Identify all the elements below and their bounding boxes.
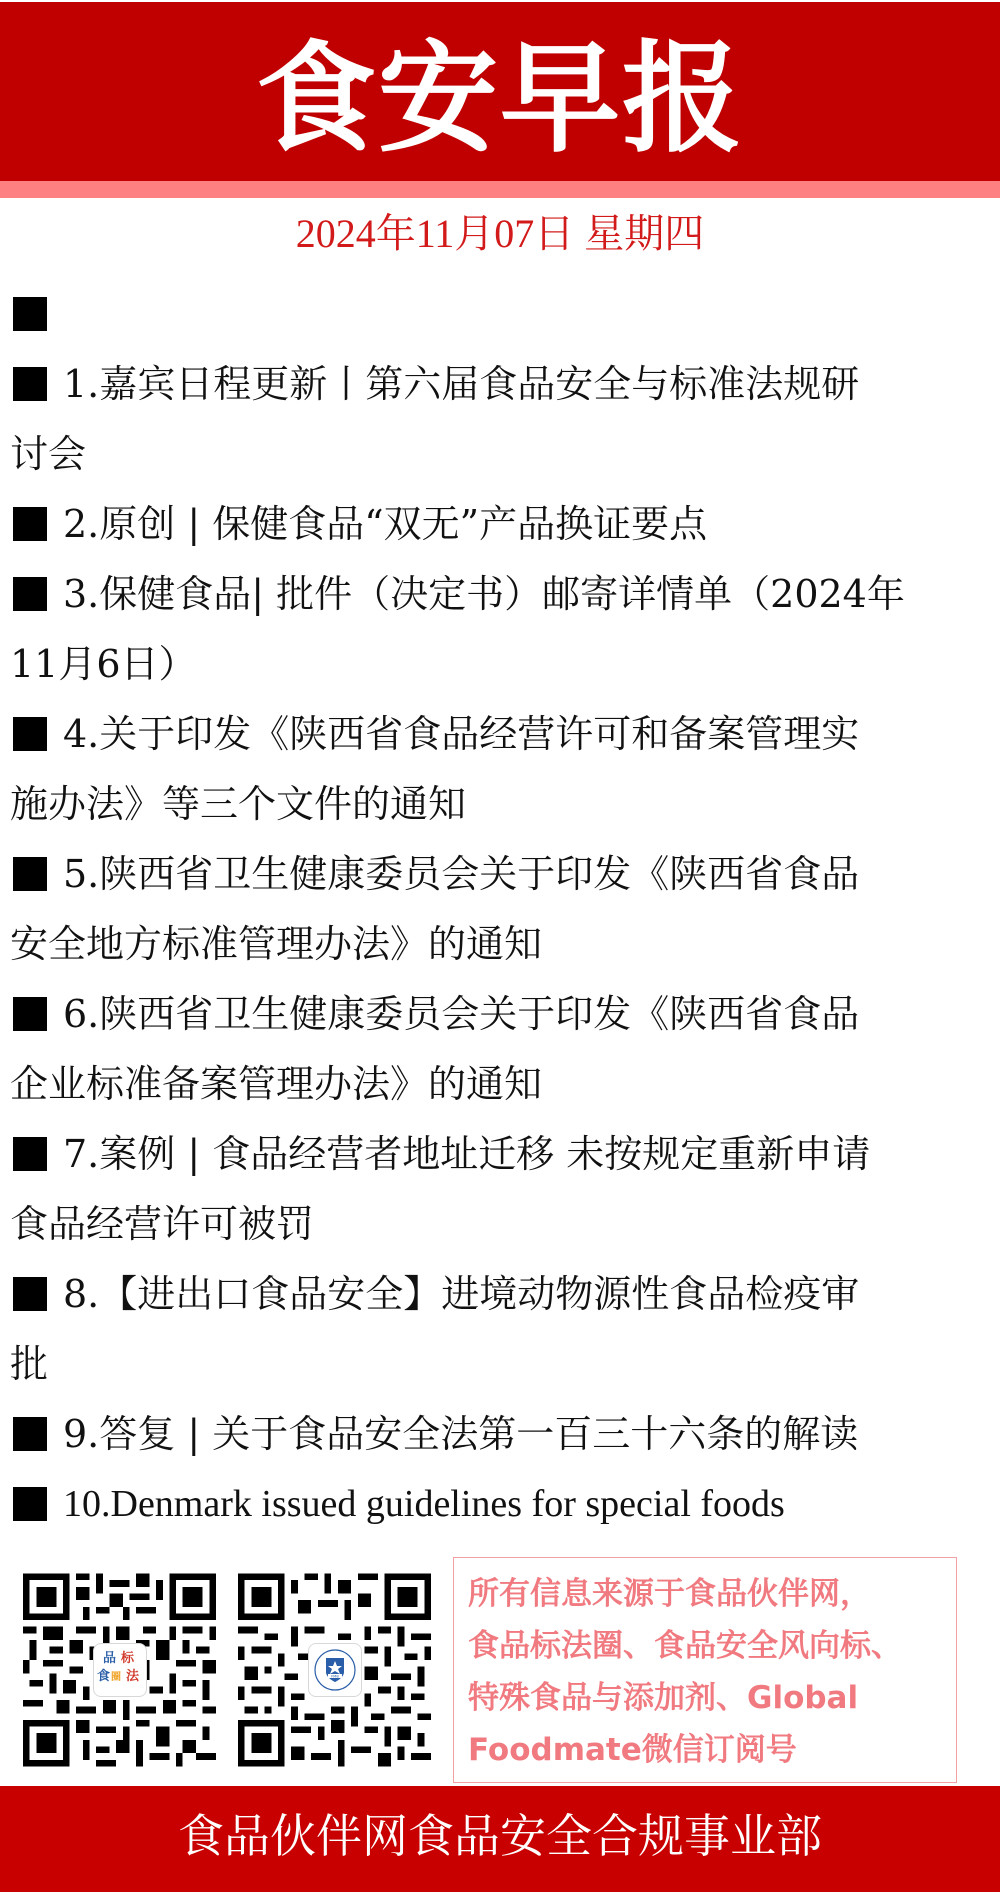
square-bullet-icon <box>13 1417 47 1451</box>
qr-code-pinbiao-shifa[interactable]: 品 标 食 圈 法 <box>23 1573 216 1767</box>
news-item-title-cont[interactable]: 讨会 <box>10 419 86 489</box>
news-item-2[interactable]: 2.原创 | 保健食品“双无”产品换证要点 <box>0 489 1000 559</box>
news-item-title[interactable]: 4.关于印发《陕西省食品经营许可和备案管理实 <box>63 699 859 769</box>
news-item-3-continuation[interactable]: 11月6日） <box>0 629 1000 699</box>
page-title: 食安早报 <box>0 30 1000 170</box>
logo-char: 品 <box>103 1652 116 1666</box>
news-item-10[interactable]: 10.Denmark issued guidelines for special… <box>0 1469 1000 1539</box>
footer-banner: 食品伙伴网食品安全合规事业部 <box>0 1786 1000 1892</box>
news-item-1-continuation[interactable]: 讨会 <box>0 419 1000 489</box>
source-note-line: 所有信息来源于食品伙伴网， <box>468 1568 871 1620</box>
foodmate-global-logo-icon: FMB <box>308 1643 362 1697</box>
news-item-title[interactable]: 1.嘉宾日程更新丨第六届食品安全与标准法规研 <box>63 349 859 419</box>
source-note-line: Foodmate微信订阅号 <box>468 1724 797 1776</box>
logo-char: 食 <box>97 1670 110 1684</box>
news-item-5[interactable]: 5.陕西省卫生健康委员会关于印发《陕西省食品 <box>0 839 1000 909</box>
news-item-title[interactable]: 2.原创 | 保健食品“双无”产品换证要点 <box>63 489 707 559</box>
list-item-empty <box>0 279 1000 349</box>
news-item-title-cont[interactable]: 安全地方标准管理办法》的通知 <box>10 909 542 979</box>
news-item-9[interactable]: 9.答复 | 关于食品安全法第一百三十六条的解读 <box>0 1399 1000 1469</box>
logo-char: 圈 <box>111 1671 121 1685</box>
news-item-4[interactable]: 4.关于印发《陕西省食品经营许可和备案管理实 <box>0 699 1000 769</box>
news-item-1[interactable]: 1.嘉宾日程更新丨第六届食品安全与标准法规研 <box>0 349 1000 419</box>
pinbiao-shifa-logo-icon: 品 标 食 圈 法 <box>93 1643 147 1697</box>
news-item-title-cont[interactable]: 11月6日） <box>10 629 197 699</box>
news-item-7[interactable]: 7.案例 | 食品经营者地址迁移 未按规定重新申请 <box>0 1119 1000 1189</box>
footer-organization: 食品伙伴网食品安全合规事业部 <box>0 1786 1000 1892</box>
news-item-title[interactable]: 3.保健食品| 批件（决定书）邮寄详情单（2024年 <box>63 559 905 629</box>
news-item-3[interactable]: 3.保健食品| 批件（决定书）邮寄详情单（2024年 <box>0 559 1000 629</box>
news-item-7-continuation[interactable]: 食品经营许可被罚 <box>0 1189 1000 1259</box>
square-bullet-icon <box>13 297 47 331</box>
news-item-title-cont[interactable]: 批 <box>10 1329 48 1399</box>
logo-char: 法 <box>126 1670 139 1684</box>
news-item-8[interactable]: 8.【进出口食品安全】进境动物源性食品检疫审 <box>0 1259 1000 1329</box>
header-accent-strip <box>0 181 1000 198</box>
news-item-title[interactable]: 8.【进出口食品安全】进境动物源性食品检疫审 <box>63 1259 859 1329</box>
news-item-8-continuation[interactable]: 批 <box>0 1329 1000 1399</box>
news-item-title-cont[interactable]: 施办法》等三个文件的通知 <box>10 769 466 839</box>
issue-date: 2024年11月07日 星期四 <box>0 206 1000 262</box>
square-bullet-icon <box>13 367 47 401</box>
square-bullet-icon <box>13 1277 47 1311</box>
square-bullet-icon <box>13 1487 47 1521</box>
source-note-line: 食品标法圈、食品安全风向标、 <box>468 1620 902 1672</box>
news-item-title[interactable]: 9.答复 | 关于食品安全法第一百三十六条的解读 <box>63 1399 858 1469</box>
news-item-title[interactable]: 10.Denmark issued guidelines for special… <box>63 1469 785 1539</box>
svg-text:FMB: FMB <box>331 1674 339 1678</box>
qr-code-foodmate-global[interactable]: FMB <box>238 1573 431 1767</box>
square-bullet-icon <box>13 507 47 541</box>
news-item-title[interactable]: 7.案例 | 食品经营者地址迁移 未按规定重新申请 <box>63 1119 870 1189</box>
source-note-line: 特殊食品与添加剂、Global <box>468 1672 858 1724</box>
source-note-box: 所有信息来源于食品伙伴网， 食品标法圈、食品安全风向标、 特殊食品与添加剂、Gl… <box>453 1557 957 1783</box>
news-item-6[interactable]: 6.陕西省卫生健康委员会关于印发《陕西省食品 <box>0 979 1000 1049</box>
square-bullet-icon <box>13 857 47 891</box>
square-bullet-icon <box>13 717 47 751</box>
news-item-title[interactable]: 5.陕西省卫生健康委员会关于印发《陕西省食品 <box>63 839 859 909</box>
news-item-title-cont[interactable]: 企业标准备案管理办法》的通知 <box>10 1049 542 1119</box>
square-bullet-icon <box>13 997 47 1031</box>
news-item-title-cont[interactable]: 食品经营许可被罚 <box>10 1189 314 1259</box>
news-item-title[interactable]: 6.陕西省卫生健康委员会关于印发《陕西省食品 <box>63 979 859 1049</box>
logo-char: 标 <box>121 1652 134 1666</box>
news-item-4-continuation[interactable]: 施办法》等三个文件的通知 <box>0 769 1000 839</box>
news-item-5-continuation[interactable]: 安全地方标准管理办法》的通知 <box>0 909 1000 979</box>
news-item-6-continuation[interactable]: 企业标准备案管理办法》的通知 <box>0 1049 1000 1119</box>
shield-emblem-icon: FMB <box>309 1644 361 1696</box>
square-bullet-icon <box>13 1137 47 1171</box>
square-bullet-icon <box>13 577 47 611</box>
